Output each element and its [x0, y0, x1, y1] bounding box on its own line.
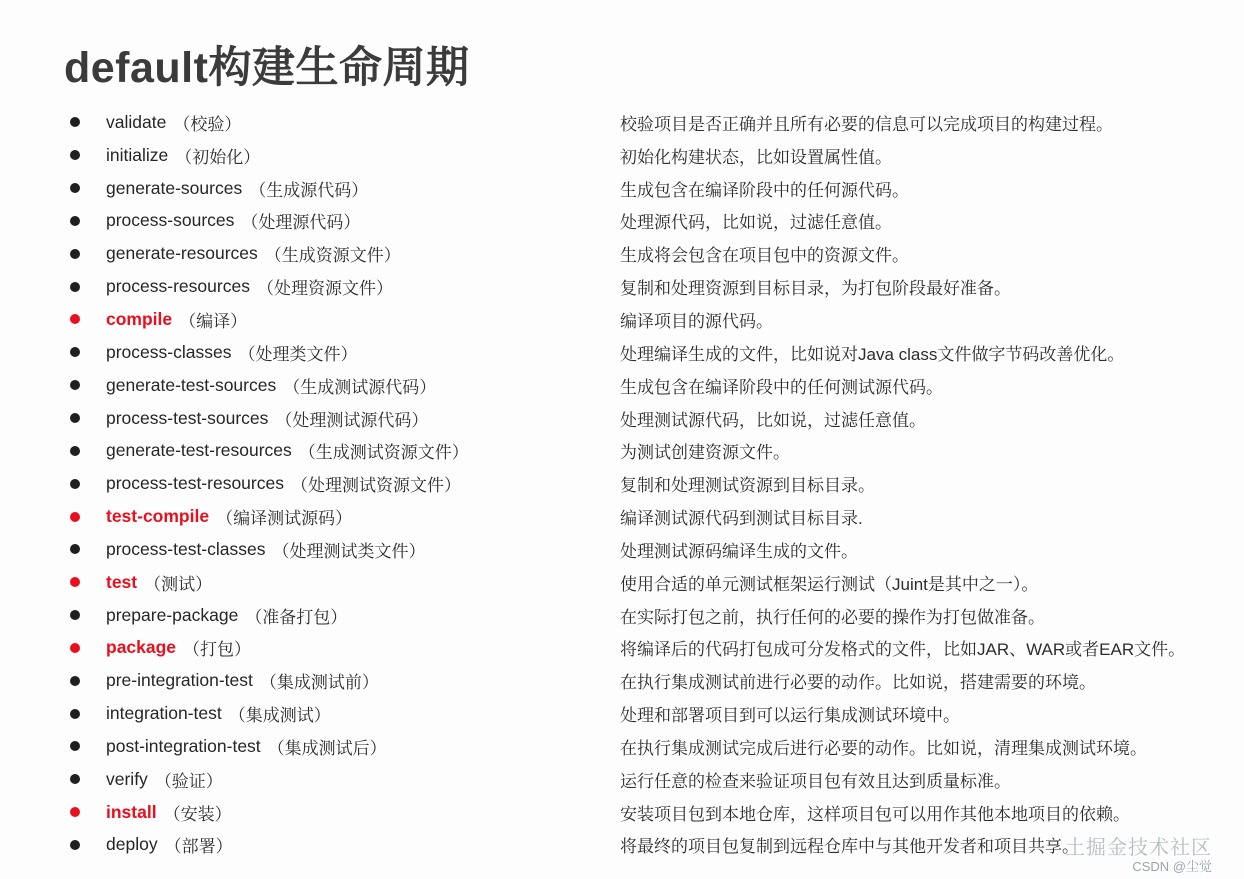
list-item: process-test-sources （处理测试源代码） 处理测试源代码，比…: [65, 402, 1225, 435]
phase-name-zh: （校验）: [173, 110, 241, 135]
phase-name: process-test-sources: [106, 408, 268, 429]
phase-name: generate-sources: [106, 178, 242, 199]
bullet-icon: [70, 446, 80, 456]
bullet-icon: [70, 741, 80, 751]
phase-description: 安装项目包到本地仓库，这样项目包可以用作其他本地项目的依赖。: [620, 796, 1130, 829]
phase-description: 处理编译生成的文件，比如说对Java class文件做字节码改善优化。: [620, 336, 1124, 369]
list-item: install （安装） 安装项目包到本地仓库，这样项目包可以用作其他本地项目的…: [65, 796, 1225, 829]
phase-name: test: [106, 572, 137, 593]
phase-cell: deploy （部署）: [65, 829, 233, 862]
csdn-credit: CSDN @尘觉: [1132, 856, 1212, 875]
list-item: process-resources （处理资源文件） 复制和处理资源到目标目录，…: [65, 270, 1225, 303]
phase-name: prepare-package: [106, 605, 238, 626]
bullet-icon: [70, 347, 80, 357]
phase-description: 复制和处理测试资源到目标目录。: [620, 467, 875, 500]
phase-cell: package （打包）: [65, 632, 251, 665]
bullet-icon: [70, 413, 80, 423]
phase-cell: prepare-package （准备打包）: [65, 599, 347, 632]
list-item: process-sources （处理源代码） 处理源代码，比如说，过滤任意值。: [65, 205, 1225, 238]
bullet-icon: [70, 216, 80, 226]
page-title: default构建生命周期: [64, 34, 469, 95]
phase-name-zh: （生成资源文件）: [265, 241, 401, 266]
phase-description: 为测试创建资源文件。: [620, 434, 790, 467]
list-item: post-integration-test （集成测试后） 在执行集成测试完成后…: [65, 730, 1225, 763]
phase-cell: generate-resources （生成资源文件）: [65, 237, 401, 270]
bullet-icon: [70, 282, 80, 292]
phase-cell: generate-test-sources （生成测试源代码）: [65, 369, 436, 402]
phase-description: 在执行集成测试完成后进行必要的动作。比如说，清理集成测试环境。: [620, 730, 1147, 763]
phase-name: initialize: [106, 145, 168, 166]
bullet-icon: [70, 577, 80, 587]
list-item: deploy （部署） 将最终的项目包复制到远程仓库中与其他开发者和项目共享。: [65, 829, 1225, 862]
phase-name-zh: （生成测试源代码）: [283, 373, 436, 398]
phase-cell: process-sources （处理源代码）: [65, 205, 360, 238]
phase-name-zh: （验证）: [155, 767, 223, 792]
phase-description: 复制和处理资源到目标目录，为打包阶段最好准备。: [620, 270, 1011, 303]
bullet-icon: [70, 512, 80, 522]
phase-name-zh: （编译）: [179, 307, 247, 332]
list-item: process-classes （处理类文件） 处理编译生成的文件，比如说对Ja…: [65, 336, 1225, 369]
phase-description: 编译项目的源代码。: [620, 303, 773, 336]
phase-cell: verify （验证）: [65, 763, 223, 796]
list-item: generate-sources （生成源代码） 生成包含在编译阶段中的任何源代…: [65, 172, 1225, 205]
phase-name: test-compile: [106, 506, 209, 527]
list-item: process-test-classes （处理测试类文件） 处理测试源码编译生…: [65, 533, 1225, 566]
bullet-icon: [70, 709, 80, 719]
bullet-icon: [70, 150, 80, 160]
phase-description: 将编译后的代码打包成可分发格式的文件，比如JAR、WAR或者EAR文件。: [620, 632, 1185, 665]
phase-name: install: [106, 802, 157, 823]
phase-description: 生成包含在编译阶段中的任何源代码。: [620, 172, 909, 205]
bullet-icon: [70, 380, 80, 390]
phase-description: 处理源代码，比如说，过滤任意值。: [620, 205, 892, 238]
phase-name-zh: （处理资源文件）: [257, 274, 393, 299]
phase-name: process-sources: [106, 210, 234, 231]
list-item: initialize （初始化） 初始化构建状态，比如设置属性值。: [65, 139, 1225, 172]
phase-name-zh: （生成源代码）: [249, 176, 368, 201]
bullet-icon: [70, 774, 80, 784]
phase-cell: process-test-classes （处理测试类文件）: [65, 533, 426, 566]
bullet-icon: [70, 117, 80, 127]
phase-name: process-test-classes: [106, 539, 266, 560]
phase-cell: generate-sources （生成源代码）: [65, 172, 368, 205]
phase-name-zh: （处理测试源代码）: [275, 406, 428, 431]
list-item: verify （验证） 运行任意的检查来验证项目包有效且达到质量标准。: [65, 763, 1225, 796]
phase-cell: test-compile （编译测试源码）: [65, 500, 352, 533]
phase-name-zh: （打包）: [183, 635, 251, 660]
lifecycle-list: validate （校验） 校验项目是否正确并且所有必要的信息可以完成项目的构建…: [65, 106, 1225, 861]
phase-cell: compile （编译）: [65, 303, 247, 336]
phase-description: 处理测试源码编译生成的文件。: [620, 533, 858, 566]
phase-name-zh: （安装）: [164, 800, 232, 825]
bullet-icon: [70, 249, 80, 259]
phase-name-zh: （生成测试资源文件）: [299, 438, 469, 463]
phase-description: 在实际打包之前，执行任何的必要的操作为打包做准备。: [620, 599, 1045, 632]
phase-description: 校验项目是否正确并且所有必要的信息可以完成项目的构建过程。: [620, 106, 1113, 139]
phase-name: generate-resources: [106, 243, 258, 264]
phase-description: 生成包含在编译阶段中的任何测试源代码。: [620, 369, 943, 402]
phase-name-zh: （部署）: [165, 832, 233, 857]
phase-description: 生成将会包含在项目包中的资源文件。: [620, 237, 909, 270]
list-item: generate-test-resources （生成测试资源文件） 为测试创建…: [65, 434, 1225, 467]
bullet-icon: [70, 840, 80, 850]
list-item: generate-resources （生成资源文件） 生成将会包含在项目包中的…: [65, 237, 1225, 270]
phase-cell: initialize （初始化）: [65, 139, 260, 172]
list-item: pre-integration-test （集成测试前） 在执行集成测试前进行必…: [65, 664, 1225, 697]
phase-name-zh: （初始化）: [175, 143, 260, 168]
phase-name-zh: （集成测试前）: [260, 668, 379, 693]
list-item: prepare-package （准备打包） 在实际打包之前，执行任何的必要的操…: [65, 599, 1225, 632]
phase-name-zh: （处理测试资源文件）: [291, 471, 461, 496]
phase-cell: process-test-resources （处理测试资源文件）: [65, 467, 461, 500]
phase-cell: process-resources （处理资源文件）: [65, 270, 393, 303]
phase-name: process-resources: [106, 276, 250, 297]
bullet-icon: [70, 643, 80, 653]
phase-cell: generate-test-resources （生成测试资源文件）: [65, 434, 469, 467]
phase-cell: integration-test （集成测试）: [65, 697, 331, 730]
phase-cell: process-classes （处理类文件）: [65, 336, 357, 369]
phase-cell: post-integration-test （集成测试后）: [65, 730, 387, 763]
phase-name-zh: （处理测试类文件）: [273, 537, 426, 562]
phase-description: 处理测试源代码，比如说，过滤任意值。: [620, 402, 926, 435]
bullet-icon: [70, 479, 80, 489]
phase-name-zh: （集成测试后）: [268, 734, 387, 759]
phase-cell: install （安装）: [65, 796, 232, 829]
bullet-icon: [70, 183, 80, 193]
phase-name: generate-test-sources: [106, 375, 276, 396]
bullet-icon: [70, 314, 80, 324]
phase-cell: test （测试）: [65, 566, 212, 599]
bullet-icon: [70, 544, 80, 554]
phase-name: compile: [106, 309, 172, 330]
list-item: compile （编译） 编译项目的源代码。: [65, 303, 1225, 336]
phase-name: verify: [106, 769, 148, 790]
phase-description: 将最终的项目包复制到远程仓库中与其他开发者和项目共享。: [620, 829, 1079, 862]
list-item: validate （校验） 校验项目是否正确并且所有必要的信息可以完成项目的构建…: [65, 106, 1225, 139]
phase-name: generate-test-resources: [106, 440, 292, 461]
bullet-icon: [70, 676, 80, 686]
phase-name: process-test-resources: [106, 473, 284, 494]
phase-description: 使用合适的单元测试框架运行测试（Juint是其中之一）。: [620, 566, 1038, 599]
phase-description: 在执行集成测试前进行必要的动作。比如说，搭建需要的环境。: [620, 664, 1096, 697]
phase-name-zh: （处理类文件）: [238, 340, 357, 365]
phase-name-zh: （集成测试）: [229, 701, 331, 726]
list-item: test （测试） 使用合适的单元测试框架运行测试（Juint是其中之一）。: [65, 566, 1225, 599]
phase-cell: validate （校验）: [65, 106, 241, 139]
list-item: package （打包） 将编译后的代码打包成可分发格式的文件，比如JAR、WA…: [65, 632, 1225, 665]
phase-name: package: [106, 637, 176, 658]
phase-name: integration-test: [106, 703, 222, 724]
phase-description: 初始化构建状态，比如设置属性值。: [620, 139, 892, 172]
phase-description: 运行任意的检查来验证项目包有效且达到质量标准。: [620, 763, 1011, 796]
list-item: generate-test-sources （生成测试源代码） 生成包含在编译阶…: [65, 369, 1225, 402]
phase-name-zh: （准备打包）: [245, 603, 347, 628]
bullet-icon: [70, 807, 80, 817]
phase-name: validate: [106, 112, 166, 133]
list-item: test-compile （编译测试源码） 编译测试源代码到测试目标目录.: [65, 500, 1225, 533]
list-item: integration-test （集成测试） 处理和部署项目到可以运行集成测试…: [65, 697, 1225, 730]
phase-name-zh: （测试）: [144, 570, 212, 595]
bullet-icon: [70, 610, 80, 620]
phase-name-zh: （处理源代码）: [241, 208, 360, 233]
list-item: process-test-resources （处理测试资源文件） 复制和处理测…: [65, 467, 1225, 500]
phase-name-zh: （编译测试源码）: [216, 504, 352, 529]
phase-cell: pre-integration-test （集成测试前）: [65, 664, 379, 697]
phase-description: 编译测试源代码到测试目标目录.: [620, 500, 863, 533]
phase-name: deploy: [106, 834, 158, 855]
document-page: default构建生命周期 validate （校验） 校验项目是否正确并且所有…: [0, 0, 1244, 879]
phase-description: 处理和部署项目到可以运行集成测试环境中。: [620, 697, 960, 730]
phase-name: post-integration-test: [106, 736, 261, 757]
phase-name: pre-integration-test: [106, 670, 253, 691]
phase-cell: process-test-sources （处理测试源代码）: [65, 402, 428, 435]
phase-name: process-classes: [106, 342, 231, 363]
